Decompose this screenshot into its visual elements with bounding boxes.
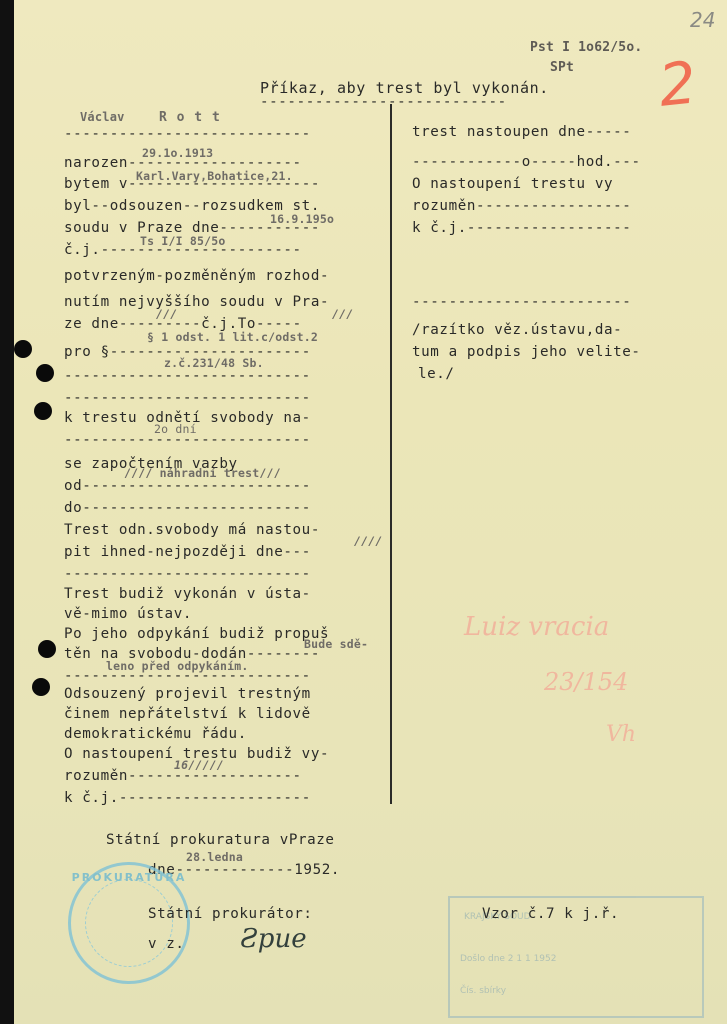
punch-hole bbox=[38, 640, 56, 658]
hostility-line-1: Odsouzený projevil trestným bbox=[64, 686, 311, 702]
confirmed-line: potvrzeným-pozměněným rozhod- bbox=[64, 268, 329, 284]
signatory-title: Státní prokurátor: bbox=[148, 906, 313, 922]
right-ref-label: k č.j. bbox=[412, 220, 467, 236]
red-mark: 2 bbox=[656, 48, 700, 119]
name-first: Václav bbox=[80, 110, 125, 124]
seal-text: PROKURATURA bbox=[71, 871, 187, 884]
punch-hole bbox=[14, 340, 32, 358]
law-value-1: § 1 odst. 1 lit.c/odst.2 bbox=[147, 330, 318, 344]
execute-line-1: Trest budiž vykonán v ústa- bbox=[64, 586, 311, 602]
file-reference-sub: SPt bbox=[550, 60, 574, 75]
year: 1952. bbox=[294, 862, 340, 878]
hour-label: hod. bbox=[577, 154, 614, 170]
stamp-note-2: tum a podpis jeho velite- bbox=[412, 344, 641, 360]
document-page: 24 Pst I 1o62/5o. SPt 2 Příkaz, aby tres… bbox=[14, 0, 727, 1024]
pencil-note-1: Luiz vracia bbox=[464, 612, 609, 642]
release-line-1: Po jeho odpykání budiž propuš bbox=[64, 626, 329, 642]
punch-hole bbox=[34, 402, 52, 420]
pencil-initials: Vh bbox=[606, 722, 636, 747]
start-value: //// bbox=[354, 534, 383, 548]
stamp-line-2: Došlo dne 2 1 1 1952 bbox=[460, 954, 556, 964]
supreme-date-label: ze dne bbox=[64, 316, 119, 332]
residence-label: bytem v bbox=[64, 176, 128, 192]
execute-line-2: vě-mimo ústav. bbox=[64, 606, 192, 622]
name-last: R o t t bbox=[159, 110, 221, 125]
round-seal: PROKURATURA bbox=[68, 862, 190, 984]
notify-line-2: rozuměn bbox=[64, 768, 128, 784]
office-name: Státní prokuratura vPraze bbox=[106, 832, 335, 848]
punch-hole bbox=[36, 364, 54, 382]
ref-label: k č.j. bbox=[64, 790, 119, 806]
form-label: Vzor č.7 k j.ř. bbox=[482, 906, 619, 922]
hour-mid: o bbox=[522, 154, 531, 170]
start-line-2: pit ihned-nejpozději dne bbox=[64, 544, 283, 560]
started-line: trest nastoupen dne bbox=[412, 124, 586, 140]
start-line-1: Trest odn.svobody má nastou- bbox=[64, 522, 320, 538]
to-label: do bbox=[64, 500, 82, 516]
case-label: č.j. bbox=[64, 242, 101, 258]
from-label: od bbox=[64, 478, 82, 494]
for-label: pro § bbox=[64, 344, 110, 360]
page-number: 24 bbox=[690, 8, 715, 32]
stamp-line-3: Čís. sbírky bbox=[460, 986, 506, 996]
column-divider bbox=[390, 104, 392, 804]
supreme-case-value: /// bbox=[332, 307, 353, 321]
signature: Ƨpue bbox=[240, 924, 307, 954]
hostility-line-3: demokratickému řádu. bbox=[64, 726, 247, 742]
supreme-line: nutím nejvyššího soudu v Pra- bbox=[64, 294, 329, 310]
file-reference: Pst I 1o62/5o. bbox=[530, 40, 642, 55]
hostility-line-2: činem nepřátelství k lidově bbox=[64, 706, 311, 722]
stamp-note-3: le./ bbox=[418, 366, 455, 382]
on-behalf: v z. bbox=[148, 936, 185, 952]
right-notify-line-2: rozuměn bbox=[412, 198, 476, 214]
stamp-note-1: /razítko věz.ústavu,da- bbox=[412, 322, 622, 338]
punch-hole bbox=[32, 678, 50, 696]
born-label: narozen bbox=[64, 155, 128, 171]
right-notify-line-1: O nastoupení trestu vy bbox=[412, 176, 613, 192]
pencil-note-2: 23/154 bbox=[544, 668, 628, 696]
